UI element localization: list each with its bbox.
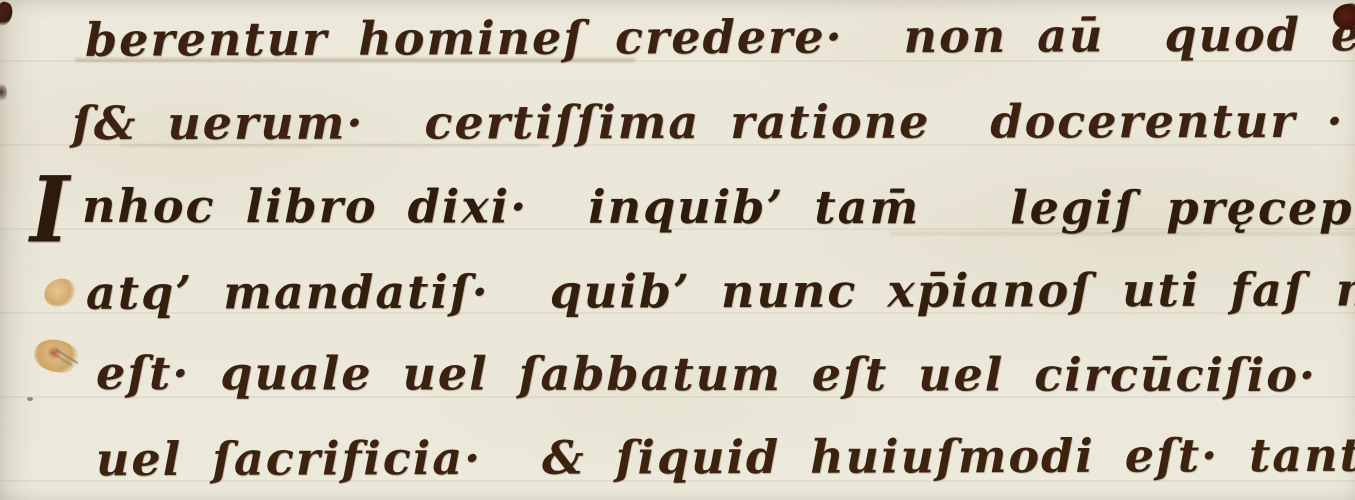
ruling-lines	[0, 0, 1355, 500]
margin-speck	[27, 397, 33, 401]
text-line-6: uel ſacrificia· & ſiquid huiuſmodi eſt· …	[96, 430, 1355, 485]
corner-ink-mark-top-left	[0, 0, 15, 28]
text-line-1: berentur homineſ credere· non aū quod eſ	[85, 9, 1355, 65]
text-line-2: ſ& uerum· certiſſima ratione docerentur …	[72, 96, 1345, 149]
manuscript-page: I berentur homineſ credere· non aū quod …	[0, 0, 1355, 500]
text-line-3: nhoc libro dixi· inquib’ tam̄ legiſ pręc…	[82, 181, 1355, 234]
margin-blot-lower	[32, 337, 82, 375]
margin-blot-upper	[42, 276, 79, 309]
text-line-4: atq’ mandatiſ· quib’ nunc xp̄ianoſ uti f…	[86, 264, 1355, 318]
edge-ink-mark-left	[0, 84, 7, 102]
text-line-5: eſt· quale uel ſabbatum eſt uel circūciſ…	[96, 348, 1317, 401]
initial-letter-I: I	[30, 165, 69, 256]
